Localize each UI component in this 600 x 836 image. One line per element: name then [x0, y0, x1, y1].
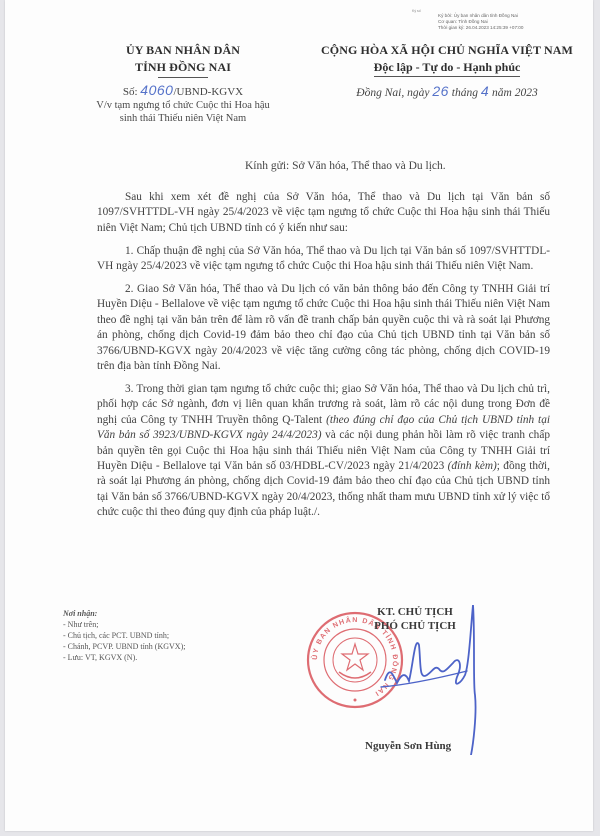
subject-line-2: sinh thái Thiếu niên Việt Nam	[67, 112, 299, 125]
item3-italic-2: (đính kèm)	[448, 460, 497, 472]
digital-signature-info: Ký bởi: Ủy ban nhân dân tỉnh Đồng Nai Cơ…	[438, 13, 523, 31]
place-date: Đồng Nai, ngày 26 tháng 4 năm 2023	[297, 83, 597, 99]
date-day-handwritten: 26	[432, 83, 449, 99]
recipient-item: - Chủ tịch, các PCT. UBND tỉnh;	[63, 630, 185, 641]
date-month-label: tháng	[449, 87, 481, 99]
recipient-item: - Lưu: VT, KGVX (N).	[63, 652, 185, 663]
national-header: CỘNG HÒA XÃ HỘI CHỦ NGHĨA VIỆT NAM Độc l…	[297, 43, 597, 99]
date-year: năm 2023	[489, 87, 538, 99]
issuer-org-line2: TỈNH ĐỒNG NAI	[135, 60, 231, 75]
recipient-item: - Chánh, PCVP. UBND tỉnh (KGVX);	[63, 641, 185, 652]
body-intro: Sau khi xem xét đề nghị của Sở Văn hóa, …	[97, 190, 550, 236]
document-page: Ký số Ký bởi: Ủy ban nhân dân tỉnh Đồng …	[5, 0, 593, 831]
body-item-3: 3. Trong thời gian tạm ngưng tổ chức cuộ…	[97, 382, 550, 521]
salutation: Kính gửi: Sở Văn hóa, Thể thao và Du lịc…	[245, 160, 446, 172]
body-item-1: 1. Chấp thuận đề nghị của Sở Văn hóa, Th…	[97, 244, 550, 275]
signed-time: Thời gian ký: 26.04.2023 14:25:39 +07:00	[438, 25, 523, 31]
issuer-underline	[158, 77, 208, 78]
issuer-header: ỦY BAN NHÂN DÂN TỈNH ĐỒNG NAI Số: 4060/U…	[67, 43, 299, 125]
doc-number-handwritten: 4060	[140, 82, 173, 98]
body-item-2: 2. Giao Sở Văn hóa, Thể thao và Du lịch …	[97, 282, 550, 374]
recipients-label: Nơi nhận:	[63, 608, 185, 619]
nation-title: CỘNG HÒA XÃ HỘI CHỦ NGHĨA VIỆT NAM	[297, 43, 597, 58]
doc-number-suffix: /UBND-KGVX	[173, 86, 243, 98]
date-month-handwritten: 4	[481, 83, 489, 99]
doc-number-prefix: Số:	[123, 86, 140, 98]
document-number: Số: 4060/UBND-KGVX	[67, 82, 299, 98]
digital-signature-label: Ký số	[412, 9, 421, 13]
document-subject: V/v tạm ngưng tổ chức Cuộc thi Hoa hậu s…	[67, 99, 299, 125]
handwritten-signature-icon	[375, 605, 495, 755]
national-motto: Độc lập - Tự do - Hạnh phúc	[374, 60, 521, 77]
recipient-item: - Như trên;	[63, 619, 185, 630]
issuer-org-line1: ỦY BAN NHÂN DÂN	[67, 43, 299, 58]
subject-line-1: V/v tạm ngưng tổ chức Cuộc thi Hoa hậu	[67, 99, 299, 112]
document-body: Sau khi xem xét đề nghị của Sở Văn hóa, …	[97, 190, 550, 528]
date-prefix: Đồng Nai, ngày	[356, 87, 432, 99]
recipients-list: Nơi nhận: - Như trên; - Chủ tịch, các PC…	[63, 608, 185, 663]
